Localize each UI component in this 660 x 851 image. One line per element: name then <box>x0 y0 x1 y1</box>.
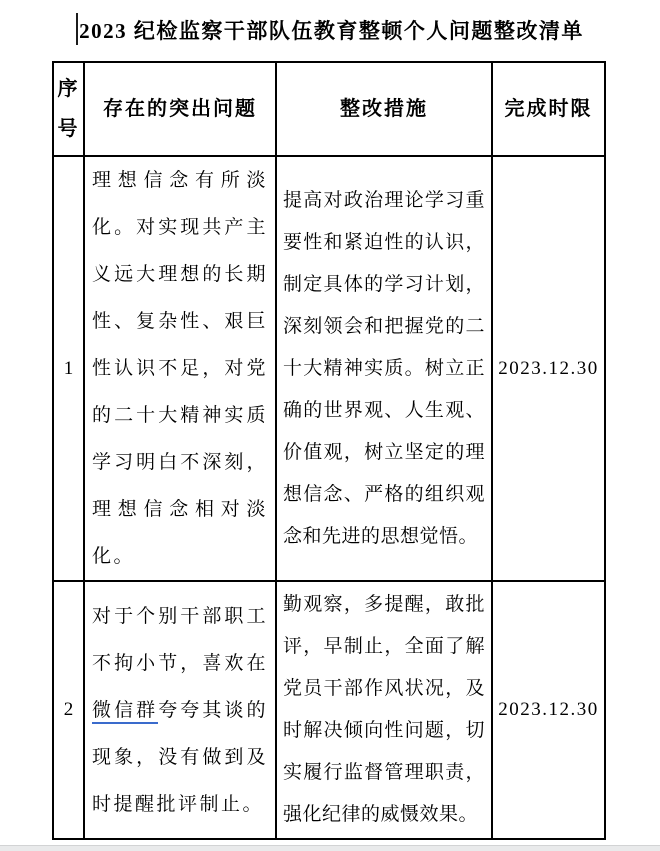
cell-problem-2[interactable]: 对于个别干部职工不拘小节，喜欢在微信群夸夸其谈的现象，没有做到及时提醒批评制止。 <box>84 581 276 839</box>
text-cursor-caret <box>76 13 78 45</box>
cell-serial-2[interactable]: 2 <box>53 581 84 839</box>
cell-deadline-2[interactable]: 2023.12.30 <box>492 581 605 839</box>
document-page: 2023 纪检监察干部队伍教育整顿个人问题整改清单 序号 存在的突出问题 整改措… <box>0 0 660 851</box>
cell-deadline-1[interactable]: 2023.12.30 <box>492 156 605 581</box>
header-cell-problem: 存在的突出问题 <box>84 62 276 156</box>
page-bottom-edge <box>0 845 660 851</box>
problem-text-before: 对于个别干部职工不拘小节，喜欢在 <box>92 606 268 674</box>
rectification-table: 序号 存在的突出问题 整改措施 完成时限 1 理想信念有所淡化。对实现共产主义远… <box>52 61 606 840</box>
cell-measure-1[interactable]: 提高对政治理论学习重要性和紧迫性的认识，制定具体的学习计划，深刻领会和把握党的二… <box>276 156 492 581</box>
document-title[interactable]: 2023 纪检监察干部队伍教育整顿个人问题整改清单 <box>79 19 584 43</box>
cell-serial-1[interactable]: 1 <box>53 156 84 581</box>
table-row: 1 理想信念有所淡化。对实现共产主义远大理想的长期性、复杂性、艰巨性认识不足，对… <box>53 156 605 581</box>
header-cell-deadline: 完成时限 <box>492 62 605 156</box>
grammar-check-underline: 微信群 <box>92 700 158 724</box>
header-cell-measure: 整改措施 <box>276 62 492 156</box>
title-row: 2023 纪检监察干部队伍教育整顿个人问题整改清单 <box>0 13 660 45</box>
table-header-row: 序号 存在的突出问题 整改措施 完成时限 <box>53 62 605 156</box>
header-cell-serial: 序号 <box>53 62 84 156</box>
cell-problem-1[interactable]: 理想信念有所淡化。对实现共产主义远大理想的长期性、复杂性、艰巨性认识不足，对党的… <box>84 156 276 581</box>
cell-measure-2[interactable]: 勤观察，多提醒，敢批评，早制止，全面了解党员干部作风状况，及时解决倾向性问题，切… <box>276 581 492 839</box>
table-row: 2 对于个别干部职工不拘小节，喜欢在微信群夸夸其谈的现象，没有做到及时提醒批评制… <box>53 581 605 839</box>
